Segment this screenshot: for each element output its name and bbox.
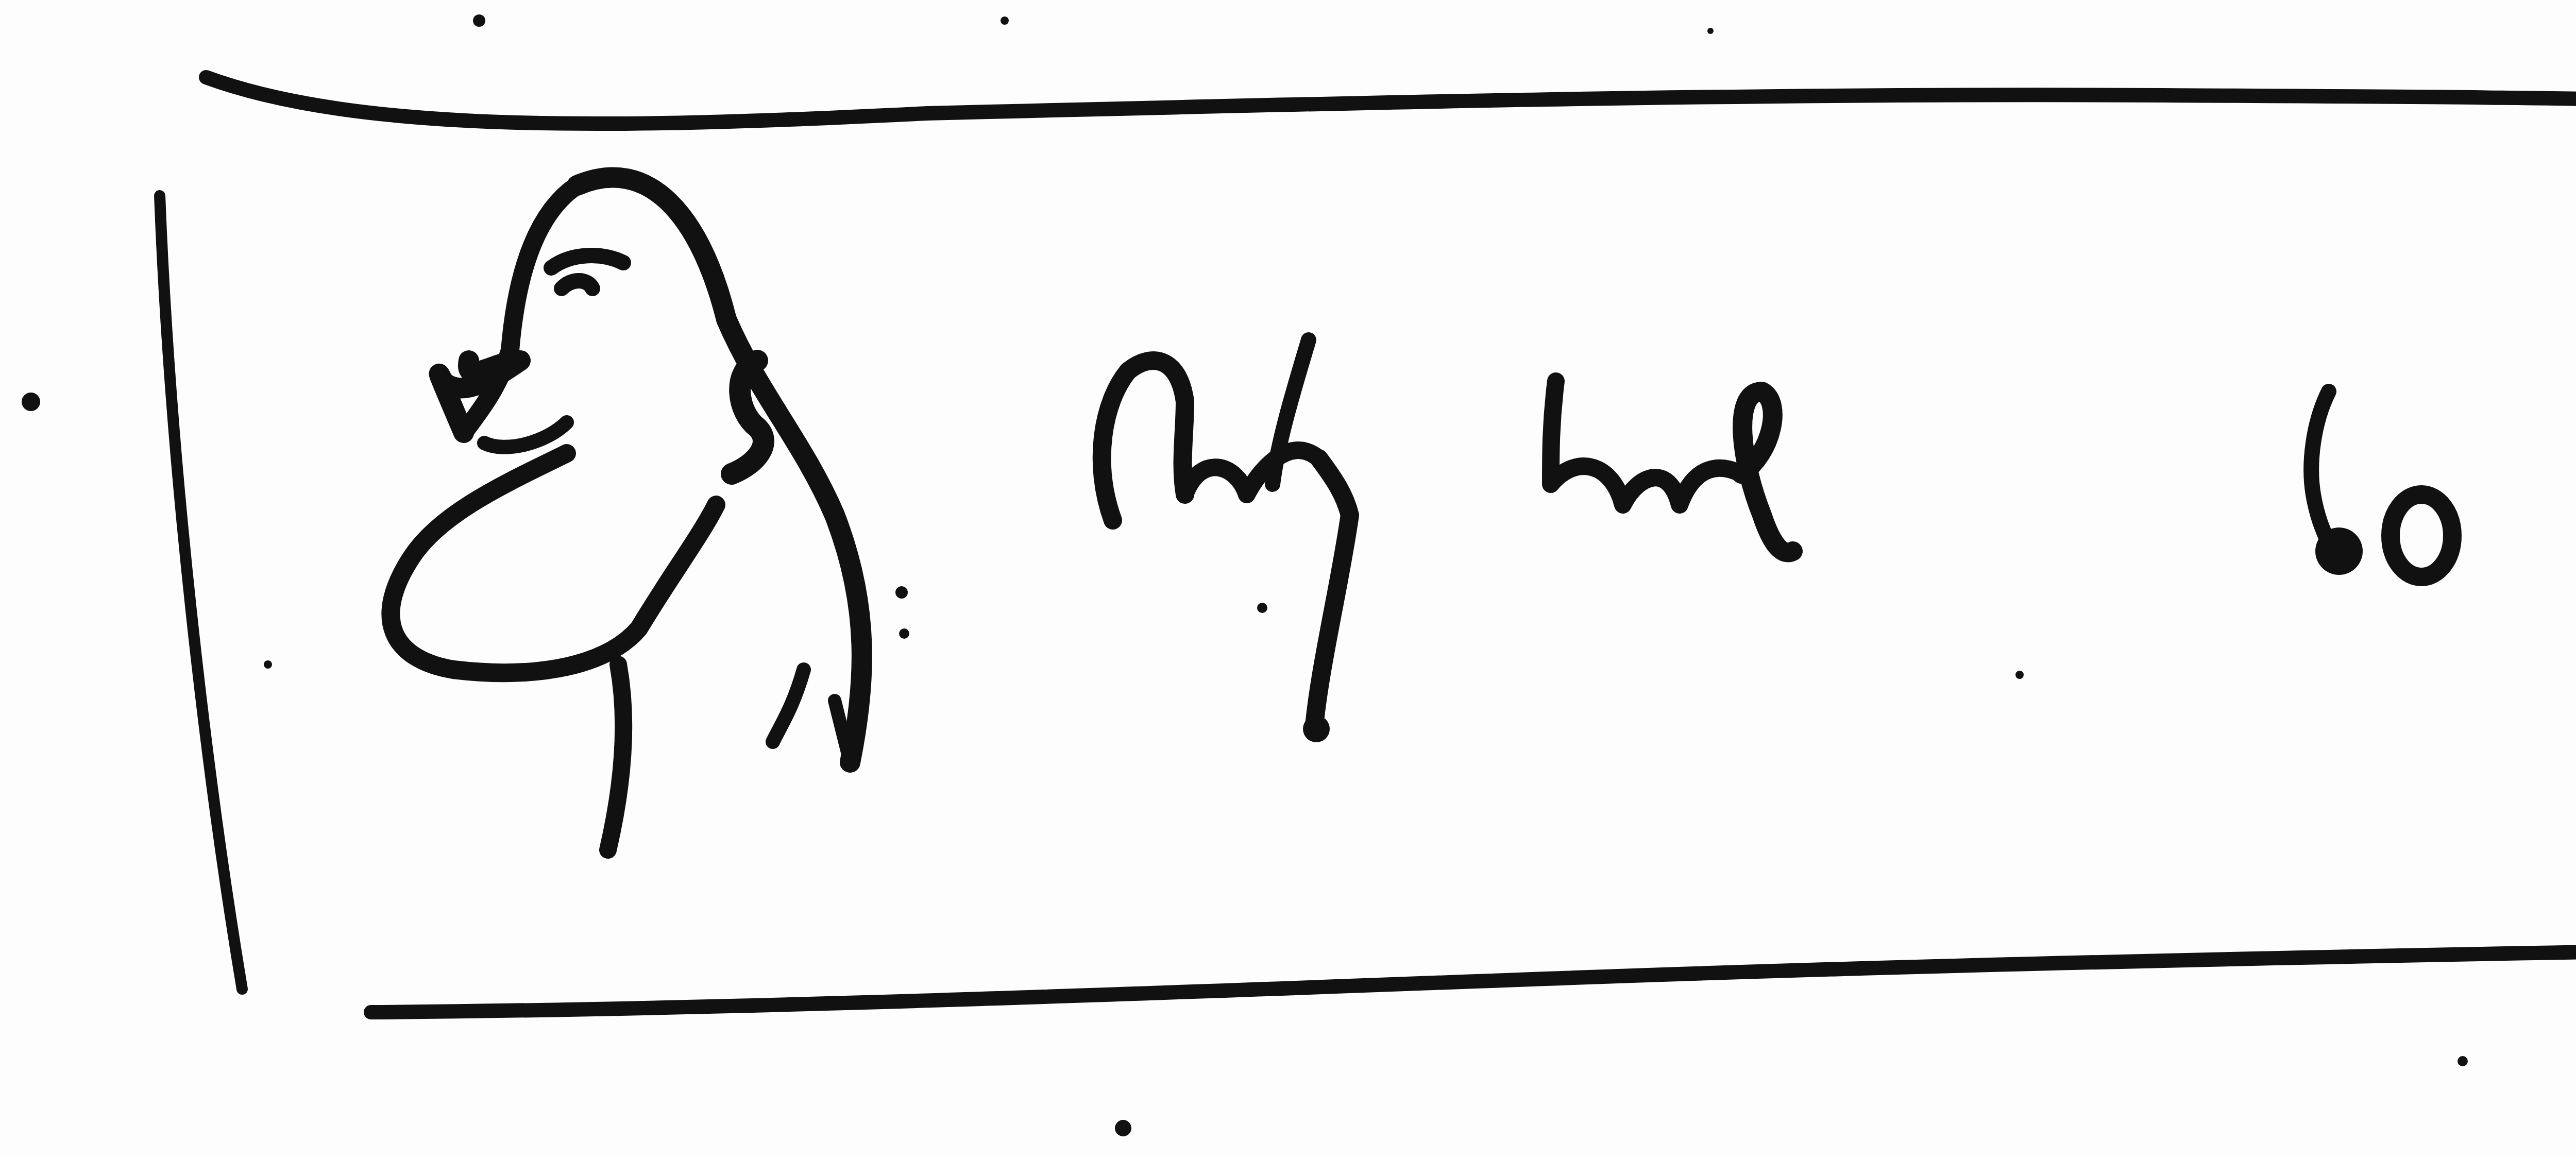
paper-sheet: Only more so! (0, 0, 2576, 1158)
handwritten-caption: Only more so! (1092, 288, 2576, 649)
caricature-profile-icon (391, 178, 909, 850)
